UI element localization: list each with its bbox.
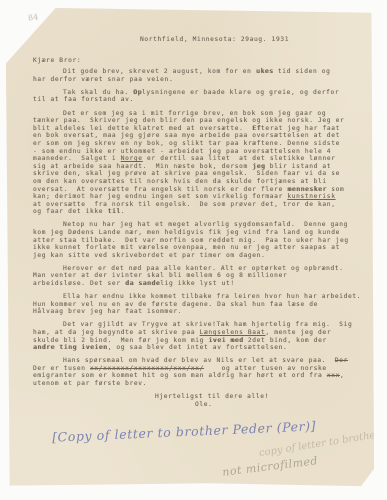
letter-body: Dit gode brev, skrevet 2 august, kom for… [33,68,373,387]
paragraph: Hans spørsmaal om hvad der blev av Nils … [33,357,373,387]
salutation: Kjære Bror: [33,57,373,65]
not-microfilmed-note: not microfilmed [222,454,319,479]
archivist-corner-mark: 84 [27,12,38,22]
letter-page: Northfield, Minnesota: 29aug. 1931 Kjære… [6,8,374,489]
signature: Ole. [33,401,373,409]
paragraph: Det er som jeg sa i mit forrige brev, en… [33,110,373,216]
paragraph: Ella har endnu ikke kommet tilbake fra l… [33,293,373,316]
archivist-note-blue-ink: [Copy of letter to brother Peder (Per)] [52,418,317,445]
closing: Hjerteligst til dere alle! [33,393,373,401]
paragraph: Herover er det nød paa alle kanter. Alt … [33,265,373,288]
paragraph: Tak skal du ha. Oplysningene er baade kl… [33,89,373,104]
typed-letter: Northfield, Minnesota: 29aug. 1931 Kjære… [33,36,373,408]
paragraph: Dit gode brev, skrevet 2 august, kom for… [33,68,373,83]
dateline: Northfield, Minnesota: 29aug. 1931 [33,36,373,44]
paragraph: Netop nu har jeg hat et meget alvorlig s… [33,221,373,259]
paragraph: Det var gjildt av Trygve at skrive!Tak h… [33,321,373,351]
